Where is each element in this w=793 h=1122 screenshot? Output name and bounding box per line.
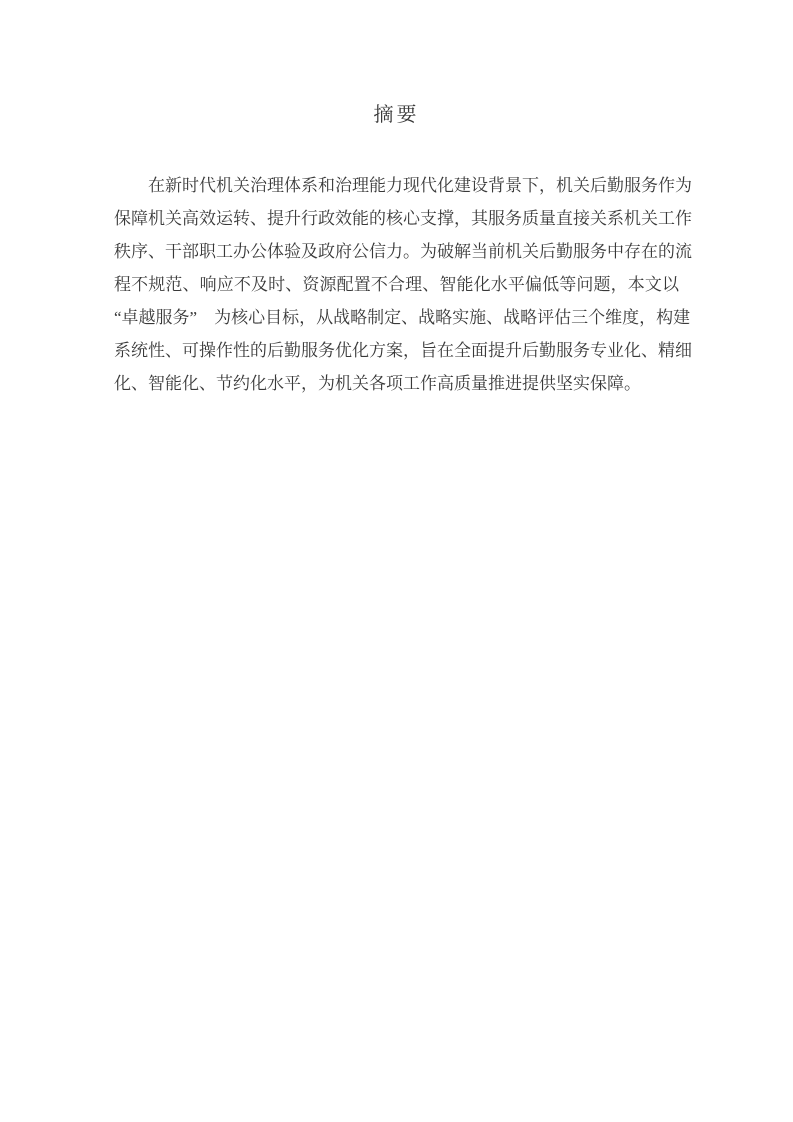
abstract-line-6: 系统性、可操作性的后勤服务优化方案，旨在全面提升后勤服务专业化、精细 bbox=[114, 334, 679, 367]
abstract-line-1: 在新时代机关治理体系和治理能力现代化建设背景下，机关后勤服务作为 bbox=[114, 169, 679, 202]
abstract-line-2: 保障机关高效运转、提升行政效能的核心支撑，其服务质量直接关系机关工作 bbox=[114, 202, 679, 235]
abstract-line-4: 程不规范、响应不及时、资源配置不合理、智能化水平偏低等问题，本文以 bbox=[114, 268, 679, 301]
document-page: 摘要 在新时代机关治理体系和治理能力现代化建设背景下，机关后勤服务作为 保障机关… bbox=[0, 0, 793, 1122]
abstract-line-5: “卓越服务” 为核心目标，从战略制定、战略实施、战略评估三个维度，构建 bbox=[114, 301, 679, 334]
abstract-line-7: 化、智能化、节约化水平，为机关各项工作高质量推进提供坚实保障。 bbox=[114, 367, 679, 400]
page-title: 摘要 bbox=[0, 103, 793, 127]
abstract-line-3: 秩序、干部职工办公体验及政府公信力。为破解当前机关后勤服务中存在的流 bbox=[114, 235, 679, 268]
abstract-paragraph: 在新时代机关治理体系和治理能力现代化建设背景下，机关后勤服务作为 保障机关高效运… bbox=[114, 169, 679, 400]
